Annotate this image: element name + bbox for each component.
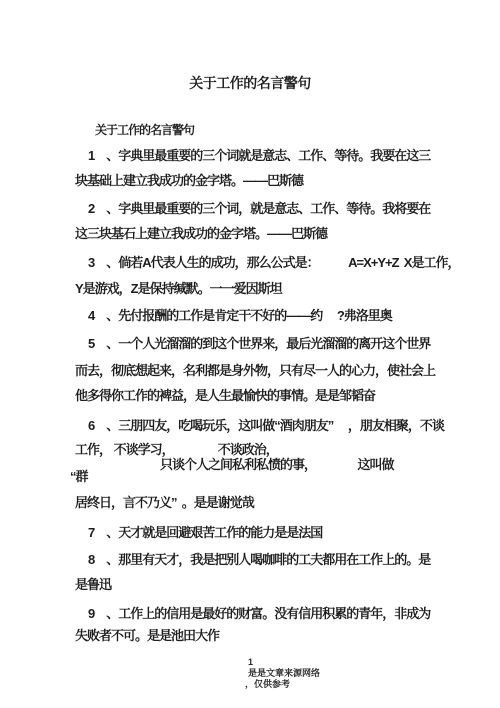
- quote-5-line-1: 5 、一个人光溜溜的到这个世界来，最后光溜溜的离开这个世界: [88, 337, 430, 350]
- page-number: 1: [248, 658, 253, 667]
- quote-2-line-2: 这三块基石上建立我成功的金字塔。——巴斯德: [75, 227, 327, 240]
- quote-1-line-2: 块基础上建立我成功的金字塔。——巴斯德: [75, 174, 303, 187]
- quote-6-line-5: 居终日，言不乃义” 。是是谢觉哉: [75, 496, 254, 509]
- section-subtitle: 关于工作的名言警句: [95, 124, 194, 136]
- quote-5-line-3: 他多得你工作的裨益，是人生最愉快的事情。是是邹韬奋: [75, 389, 375, 402]
- quote-8-line-1: 8 、那里有天才，我是把别人喝咖啡的工夫都用在工作上的。是: [88, 553, 430, 566]
- quote-8-line-2: 是鲁迅: [75, 578, 111, 591]
- quote-9-line-1: 9 、工作上的信用是最好的财富。没有信用积累的青年，非成为: [88, 607, 430, 620]
- source-note-line-2: ，仅供参考: [245, 680, 290, 689]
- quote-4-line-1: 4 、先付报酬的工作是肯定干不好的——约 ?弗洛里奥: [88, 309, 392, 322]
- page-title: 关于工作的名言警句: [0, 76, 500, 90]
- quote-6-line-1: 6 、三朋四友，吃喝玩乐，这叫做“酒肉朋友” ，朋友相聚，不谈: [88, 419, 444, 432]
- quote-9-line-2: 失败者不可。是是池田大作: [75, 629, 219, 642]
- quote-6-line-4: “群: [70, 470, 88, 483]
- quote-6-line-3: 只谈个人之间私利私愤的事， 这叫做: [160, 458, 394, 471]
- quote-5-line-2: 而去，彻底想起来，名利都是身外物，只有尽一人的心力，使社会上: [75, 364, 435, 377]
- document-page: 关于工作的名言警句 关于工作的名言警句 1 、字典里最重要的三个词就是意志、工作…: [0, 0, 500, 708]
- source-note-line-1: 是是文章来源网络: [248, 669, 320, 678]
- quote-1-line-1: 1 、字典里最重要的三个词就是意志、工作、等待。我要在这三: [88, 149, 430, 162]
- quote-6-line-2: 工作， 不谈学习， 不谈政治，: [75, 443, 278, 456]
- quote-2-line-1: 2 、字典里最重要的三个词，就是意志、工作、等待。我将要在: [88, 202, 430, 215]
- quote-3-line-2: Y是游戏，Z是保持缄默。一一爱因斯坦: [75, 282, 282, 295]
- quote-3-line-1: 3 、倘若A代表人生的成功，那么公式是： A=X+Y+Z X是工作，: [88, 256, 459, 269]
- quote-7-line-1: 7 、天才就是回避艰苦工作的能力是是法国: [88, 526, 322, 539]
